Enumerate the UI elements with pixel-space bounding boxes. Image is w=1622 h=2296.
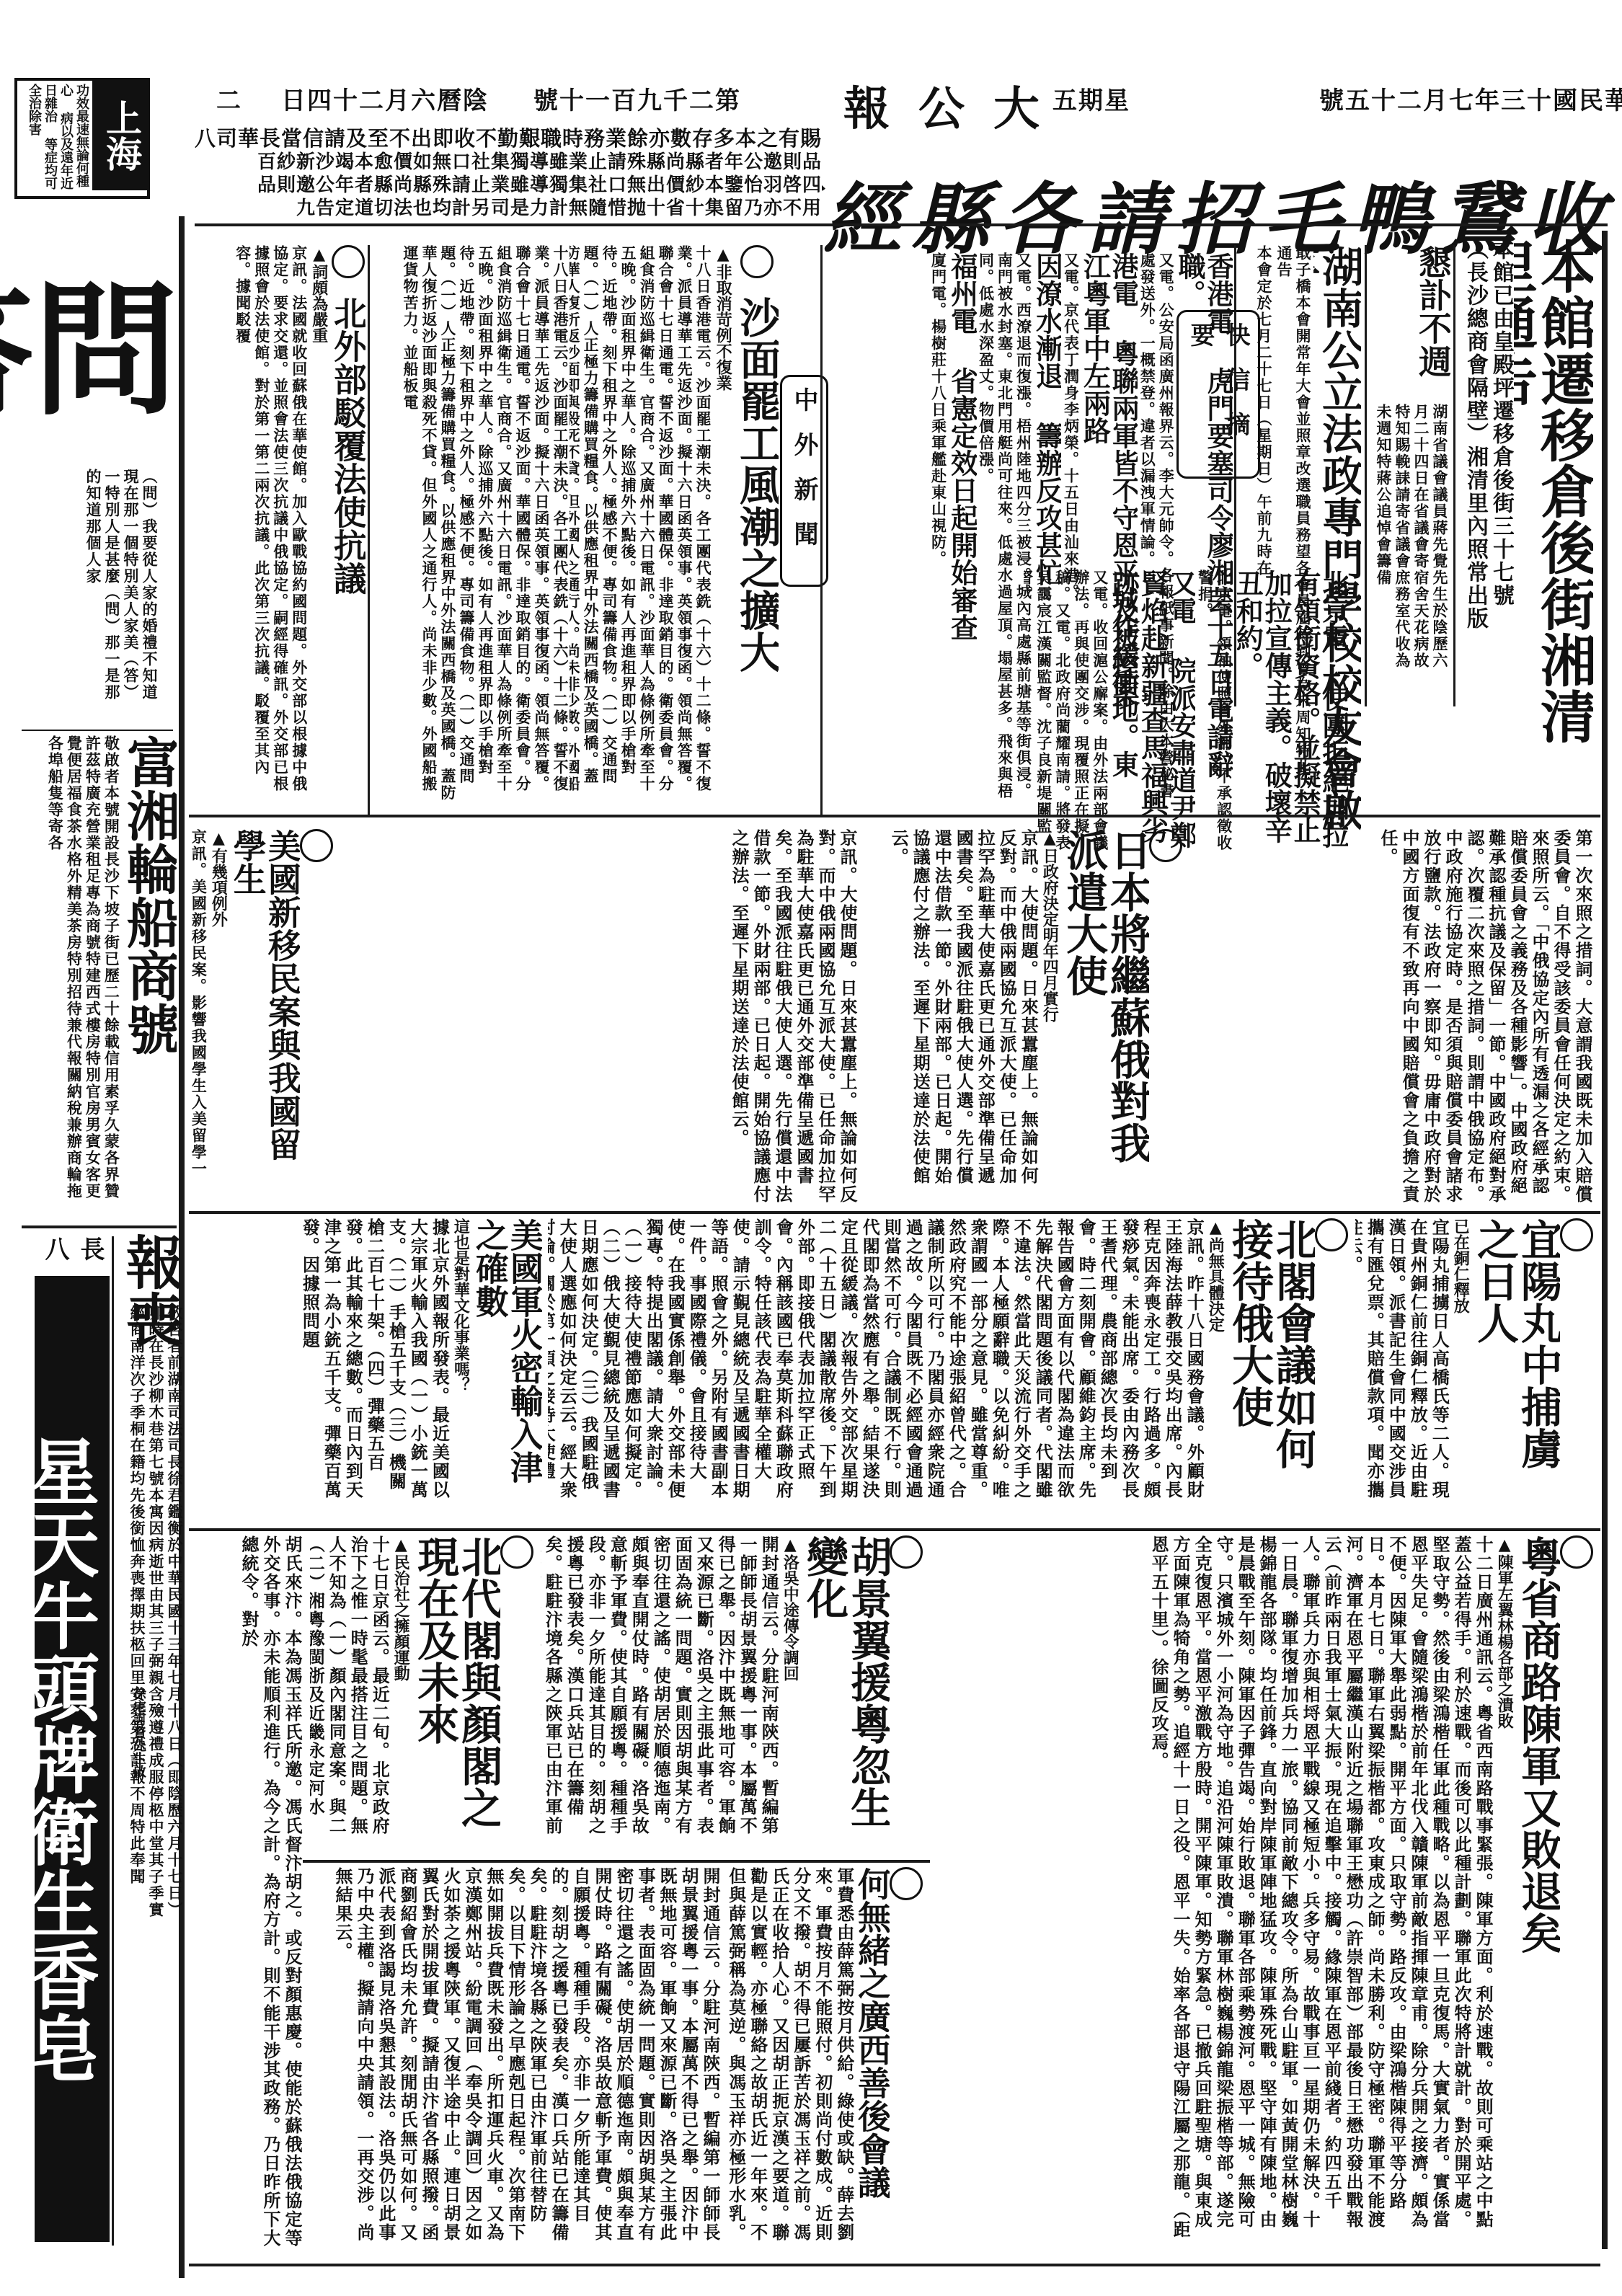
- cantonese-army-body: 十二日廣州通訊云。粵省西南路戰事緊張。陳軍方面。利於速戰。故則可乘站之中點蓋公益…: [1148, 1535, 1494, 2242]
- divider: [112, 1236, 114, 2246]
- header-date-republic: 中華民國十三年七月二十五號: [1319, 81, 1622, 116]
- masthead: 大公報: [843, 72, 1068, 138]
- article-bullet-icon: [1149, 829, 1182, 862]
- shamian-body: 十八日香港電云。沙面罷工潮未決。各工團代表銑（十六）十二條。誓不復業。派員導華工…: [570, 245, 712, 793]
- fuxiang-ad: 富湘輪船商號 敬啟者本號開設長沙下坡子街已歷二十餘載信用素孚久蒙各界贊許茲特廣充…: [22, 735, 177, 1225]
- guangxi-article: 何無緒之廣西善後會議 軍費悉由薛篤弼按月供給。綠使或缺。薛去劉來。軍費按月不能照…: [728, 1867, 923, 2256]
- hu-jingyi-body: 開封通信云。分駐河南陝西。暫編第一師師長胡景翼援粵一事。本屬萬不得已之舉。因汴中…: [541, 1535, 779, 1838]
- cantonese-army-headline: 粵省商路陳軍又敗退矣: [1516, 1535, 1560, 2242]
- relocation-body: 本館已由皇殿坪遷移倉後街三十七號（長沙總商會隔壁）湘清里內照常出版特此通告: [1463, 238, 1514, 642]
- us-immigration-body: 京訊。美國新移民案。影響我國學生入美留學一節。已誌前報。但據美人云。新移民案專為: [189, 829, 208, 1189]
- shamian-article: 沙面罷工風潮之擴大 ▲非取消苛例不復業 十八日香港電云。沙面罷工潮未決。各工團代…: [570, 245, 779, 807]
- cantonese-army-article: 粵省商路陳軍又敗退矣 ▲陳軍左翼林楊各部之潰敗 十二日廣州通訊云。粵省西南路戰事…: [930, 1535, 1593, 2256]
- hu-jingyi-article: 胡景翼援粵忽生變化 ▲洛吳中途傳令調回 開封通信云。分駐河南陝西。暫編第一師師長…: [541, 1535, 923, 1853]
- fuxiang-title: 富湘輪船商號: [120, 735, 177, 1055]
- divider: [189, 815, 1600, 817]
- relocation-headline: 本館遷移倉後街湘清里通告: [1514, 238, 1593, 786]
- shamian-body-cont: 十八日香港電云。沙面罷工潮未決。各工團代表銑（十六）十二條。誓不復業。派員導華工…: [375, 245, 570, 807]
- japan-ambassador-headline: 日本將繼蘇俄對我派遣大使: [1061, 829, 1149, 1189]
- divider: [1365, 245, 1367, 706]
- top-left-ad: 上海 功效最速無論何種心 病以及遠年近日雜治 等症均可全治除害: [14, 78, 150, 199]
- divider: [195, 223, 1608, 226]
- yiyang-body: 宜陽丸捕擄日人高橋氏等二人。現在貴州銅仁前往銅仁釋放。近由駐漢日領。派書記生會同…: [1355, 1218, 1450, 1507]
- banner-ticker-4: 用不亦乃留集十省十抛惜隨無計力是司另計均也法切道定告九: [195, 193, 822, 220]
- article-bullet-icon: [890, 1867, 923, 1900]
- divider: [303, 1860, 930, 1863]
- waijiaobu-headline: 北外部駁覆法使抗議: [331, 296, 365, 595]
- waijiaobu-article: 北外部駁覆法使抗議 ▲詞頗為嚴重 京訊。法國就收回蘇俄在華使館。加入歐戰協約國問…: [189, 245, 365, 807]
- waijiaobu-sub: ▲詞頗為嚴重: [309, 245, 331, 793]
- article-bullet-icon: [740, 245, 774, 278]
- waijiaobu-body: 京訊。法國就收回蘇俄在華使館。加入歐戰協約國問題。外交部以根據中俄協定。要求交還…: [234, 245, 309, 793]
- obituary-headline: 懇訃不週: [1413, 245, 1450, 411]
- shamian-headline: 沙面罷工風潮之擴大: [735, 296, 779, 673]
- russian-ambassador-sub: ▲尚無具體決定: [1205, 1218, 1227, 1507]
- hu-jingyi-sub: ▲洛吳中途傳令調回: [779, 1535, 802, 1838]
- shamian-sub: ▲非取消苛例不復業: [712, 245, 735, 793]
- article-bullet-icon: [300, 829, 333, 862]
- us-arms-sub: 這也是對華文化事業嗎？: [450, 1218, 472, 1507]
- header-issue-no: 第二千九百一十號: [533, 81, 741, 116]
- divider: [1453, 245, 1455, 706]
- indemnity-body: 第一次來照之措詞。大意謂我國既未加入賠償委員會。自不得受該委員會任何決定之約束。…: [1182, 829, 1593, 1204]
- divider: [368, 245, 370, 815]
- yiyang-sub: 已在銅仁釋放: [1450, 1218, 1472, 1507]
- fuxiang-body: 敬啟者本號開設長沙下坡子街已歷二十餘載信用素孚久蒙各界贊許茲特廣充營業租足專為商…: [45, 735, 120, 1211]
- us-immigration-headline: 美國新移民案與我國留學生: [230, 829, 300, 1189]
- russian-ambassador-article: 北閣會議如何接待俄大使 ▲尚無具體決定 京訊。昨十八日國務會議。外顧財王陸海法薛…: [548, 1218, 1348, 1521]
- article-bullet-icon: [1315, 1218, 1348, 1251]
- cabinet-body-cont: 胡氏來汴。本為馮玉祥氏所邀。馮氏督汴胡之。或反對顏惠慶。使能於蘇俄法俄協定等外交…: [195, 1535, 303, 2256]
- divider: [22, 730, 173, 731]
- us-arms-headline: 美國軍火密輸入津之確數: [472, 1218, 542, 1507]
- japan-ambassador-sub: ▲日政府決定明年四月實行: [1039, 829, 1061, 1189]
- big-ad-label: 長八: [29, 1236, 108, 1280]
- qa-title: 問答: [14, 223, 166, 469]
- japan-ambassador-body-cont: 京訊。大使問題。日來甚囂塵上。無論如何反對。而中俄兩國協允互派大使。已任命加拉罕…: [339, 829, 858, 1204]
- cabinet-headline: 北代閣與顏閣之現在及未來: [412, 1535, 500, 1838]
- us-arms-article: 美國軍火密輸入津之確數 這也是對華文化事業嗎？ 據北京外國報所發表。最近美國以大…: [189, 1218, 542, 1521]
- hu-jingyi-headline: 胡景翼援粵忽生變化: [802, 1535, 890, 1838]
- japan-ambassador-body: 京訊。大使問題。日來甚囂塵上。無論如何反對。而中俄兩國協允互派大使。已任命加拉罕…: [887, 829, 1039, 1189]
- divider: [820, 245, 823, 815]
- cabinet-body: 十七日京函云。最近二旬。北京政府治下之惟一時髦最搭注目之問題。無人不知為（一）顏…: [310, 1535, 390, 1838]
- obituary-body: 湖南省議會議員蔣先覺先生於陰歷六月二十四日在省議會寄宿舍天花病故特知賜輓誄請寄省…: [1370, 404, 1449, 685]
- header-page-no: 二: [216, 81, 242, 116]
- divider: [189, 1528, 1600, 1531]
- guangxi-body: 軍費悉由薛篤弼按月供給。綠使或缺。薛去劉來。軍費按月不能照付。初則尚付數成。近則…: [728, 1867, 855, 2242]
- right-border: [1602, 231, 1608, 2249]
- hu-jingyi-body-cont: 開封通信云。分駐河南陝西。暫編第一師師長胡景翼援粵一事。本屬萬不得已之舉。因汴中…: [310, 1867, 721, 2256]
- big-ad-title: 星天牛頭牌衛生香皂: [35, 1276, 110, 2242]
- top-left-ad-title: 上海: [92, 81, 147, 190]
- header-lunar-date: 陰曆六月二十四日: [281, 81, 489, 116]
- qa-body: （問）我要從人家的婚禮不知道現在那一個特別美人家美（答）一特別人是甚麼（問）那一…: [14, 469, 159, 714]
- japan-ambassador-article: 日本將繼蘇俄對我派遣大使 ▲日政府決定明年四月實行 京訊。大使問題。日來甚囂塵上…: [865, 829, 1182, 1204]
- yiyang-headline: 宜陽丸中捕虜之日人: [1472, 1218, 1560, 1507]
- express-item-body: 廈門電。楊樹莊十八日乘軍艦赴東山視防。: [929, 252, 948, 800]
- russian-ambassador-headline: 北閣會議如何接待俄大使: [1227, 1218, 1315, 1507]
- top-left-ad-body: 功效最速無論何種心 病以及遠年近日雜治 等症均可全治除害: [26, 84, 89, 192]
- cantonese-army-sub: ▲陳軍左翼林楊各部之潰敗: [1494, 1535, 1516, 2242]
- article-bullet-icon: [500, 1535, 533, 1569]
- bottom-border: [189, 2264, 1600, 2266]
- article-bullet-icon: [1560, 1535, 1593, 1569]
- article-bullet-icon: [332, 245, 365, 278]
- guangxi-headline: 何無緒之廣西善後會議: [855, 1867, 890, 2242]
- divider: [22, 1225, 177, 1228]
- article-bullet-icon: [1560, 1218, 1593, 1251]
- express-item-headline: 福州電 省憲定效日起開始審查: [948, 252, 977, 800]
- yiyang-article: 宜陽丸中捕虜之日人 已在銅仁釋放 宜陽丸捕擄日人高橋氏等二人。現在貴州銅仁前往銅…: [1355, 1218, 1593, 1521]
- cabinet-article: 北代閣與顏閣之現在及未來 ▲民治社之擁顏運動 十七日京函云。最近二旬。北京政府治…: [310, 1535, 533, 1853]
- us-immigration-sub: ▲有幾項例外: [208, 829, 230, 1189]
- obituary-ad-signature: 徐宅訶資先生啟: [126, 1687, 148, 1845]
- cabinet-sub: ▲民治社之擁顏運動: [390, 1535, 412, 1838]
- russian-ambassador-body: 京訊。昨十八日國務會議。外顧財王陸海法薛教張交吳均出席。內長程克因奔喪永定工。行…: [548, 1218, 1205, 1507]
- us-immigration-article: 美國新移民案與我國留學生 ▲有幾項例外 京訊。美國新移民案。影響我國學生入美留學…: [189, 829, 333, 1204]
- article-bullet-icon: [890, 1535, 923, 1569]
- us-arms-body: 據北京外國報所發表。最近美國以大宗軍火輸入我國（一）小銃一萬支。（二）手槍五千支…: [298, 1218, 450, 1507]
- divider: [189, 1211, 1600, 1214]
